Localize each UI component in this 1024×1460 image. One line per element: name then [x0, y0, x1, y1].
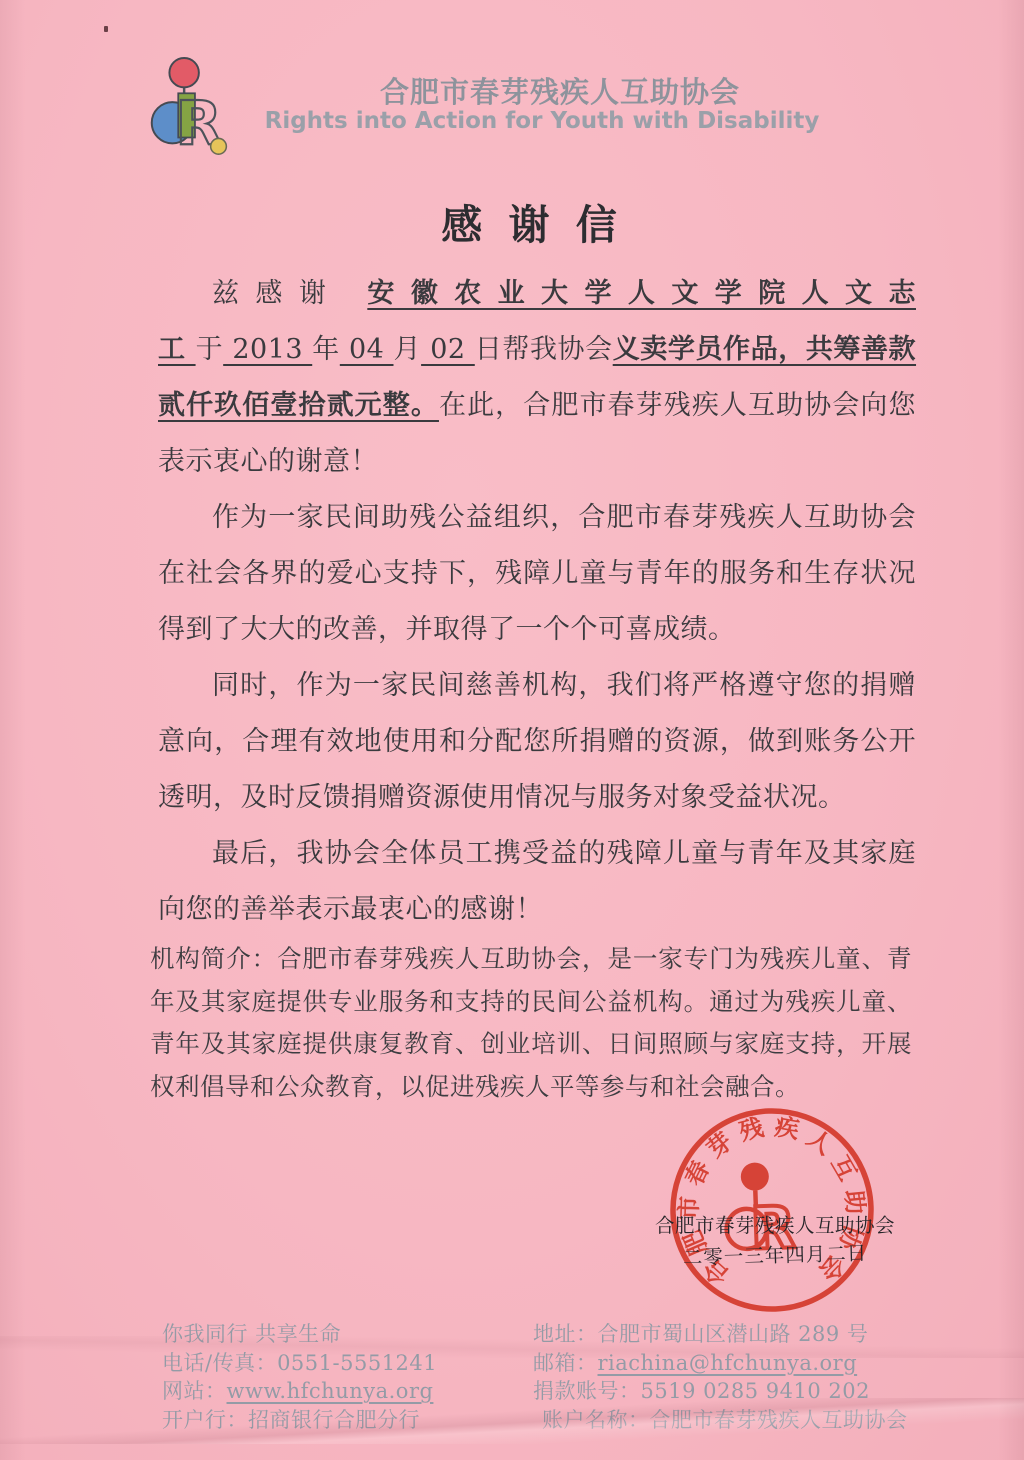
- website-label: 网站：: [162, 1379, 227, 1403]
- donation-day: 02: [421, 334, 475, 365]
- svg-text:疾: 疾: [773, 1112, 802, 1144]
- paragraph-acknowledgement: 兹感谢 安徽农业大学人文学院人文志工 于 2013 年 04 月 02 日帮我协…: [158, 266, 916, 490]
- paragraph-commitment: 同时，作为一家民间慈善机构，我们将严格遵守您的捐赠意向，合理有效地使用和分配您所…: [158, 658, 916, 826]
- scanned-letter-page: R 合肥市春芽残疾人互助协会 Rights into Action for Yo…: [0, 0, 1024, 1460]
- org-name-chinese: 合肥市春芽残疾人互助协会: [48, 70, 1024, 111]
- footer-account-name: 账户名称：合肥市春芽残疾人互助协会: [533, 1406, 908, 1435]
- p1-mid: 于: [196, 334, 224, 365]
- letter-title: 感 谢 信: [20, 192, 1024, 251]
- year-unit: 年: [312, 334, 340, 365]
- footer-website-line: 网站：www.hfchunya.org: [162, 1377, 437, 1406]
- donation-year: 2013: [223, 334, 312, 365]
- footer-slogan: 你我同行 共享生命: [162, 1320, 437, 1349]
- footer-email-line: 邮箱：riachina@hfchunya.org: [533, 1349, 908, 1378]
- email-label: 邮箱：: [533, 1351, 598, 1375]
- footer-left-column: 你我同行 共享生命 电话/传真：0551-5551241 网站：www.hfch…: [162, 1320, 437, 1434]
- stamp-logo-head: [740, 1162, 769, 1191]
- day-unit: 日帮我协会: [475, 334, 613, 365]
- p1-lead: 兹感谢: [212, 278, 367, 309]
- donation-month: 04: [340, 334, 394, 365]
- footer-right-column: 地址：合肥市蜀山区潜山路 289 号 邮箱：riachina@hfchunya.…: [533, 1320, 908, 1434]
- paragraph-organization: 作为一家民间助残公益组织，合肥市春芽残疾人互助协会在社会各界的爱心支持下，残障儿…: [158, 490, 916, 658]
- footer-donation-account: 捐款账号：5519 0285 9410 202: [533, 1377, 908, 1406]
- month-unit: 月: [394, 334, 422, 365]
- signature-org-name: 合肥市春芽残疾人互助协会: [645, 1210, 905, 1238]
- letter-body: 兹感谢 安徽农业大学人文学院人文志工 于 2013 年 04 月 02 日帮我协…: [158, 266, 916, 938]
- svg-text:残: 残: [736, 1113, 766, 1146]
- email-address: riachina@hfchunya.org: [598, 1351, 858, 1375]
- website-url: www.hfchunya.org: [227, 1379, 434, 1403]
- scan-speck: [104, 26, 108, 32]
- logo-foot-dot: [211, 138, 227, 154]
- org-name-english: Rights into Action for Youth with Disabi…: [30, 108, 1024, 134]
- footer-phone-fax: 电话/传真：0551-5551241: [162, 1349, 437, 1378]
- org-introduction: 机构简介：合肥市春芽残疾人互助协会，是一家专门为残疾儿童、青年及其家庭提供专业服…: [150, 938, 912, 1108]
- footer-address: 地址：合肥市蜀山区潜山路 289 号: [533, 1320, 908, 1349]
- footer-bank: 开户行：招商银行合肥分行: [162, 1406, 437, 1435]
- paragraph-final-thanks: 最后，我协会全体员工携受益的残障儿童与青年及其家庭向您的善举表示最衷心的感谢！: [158, 826, 916, 938]
